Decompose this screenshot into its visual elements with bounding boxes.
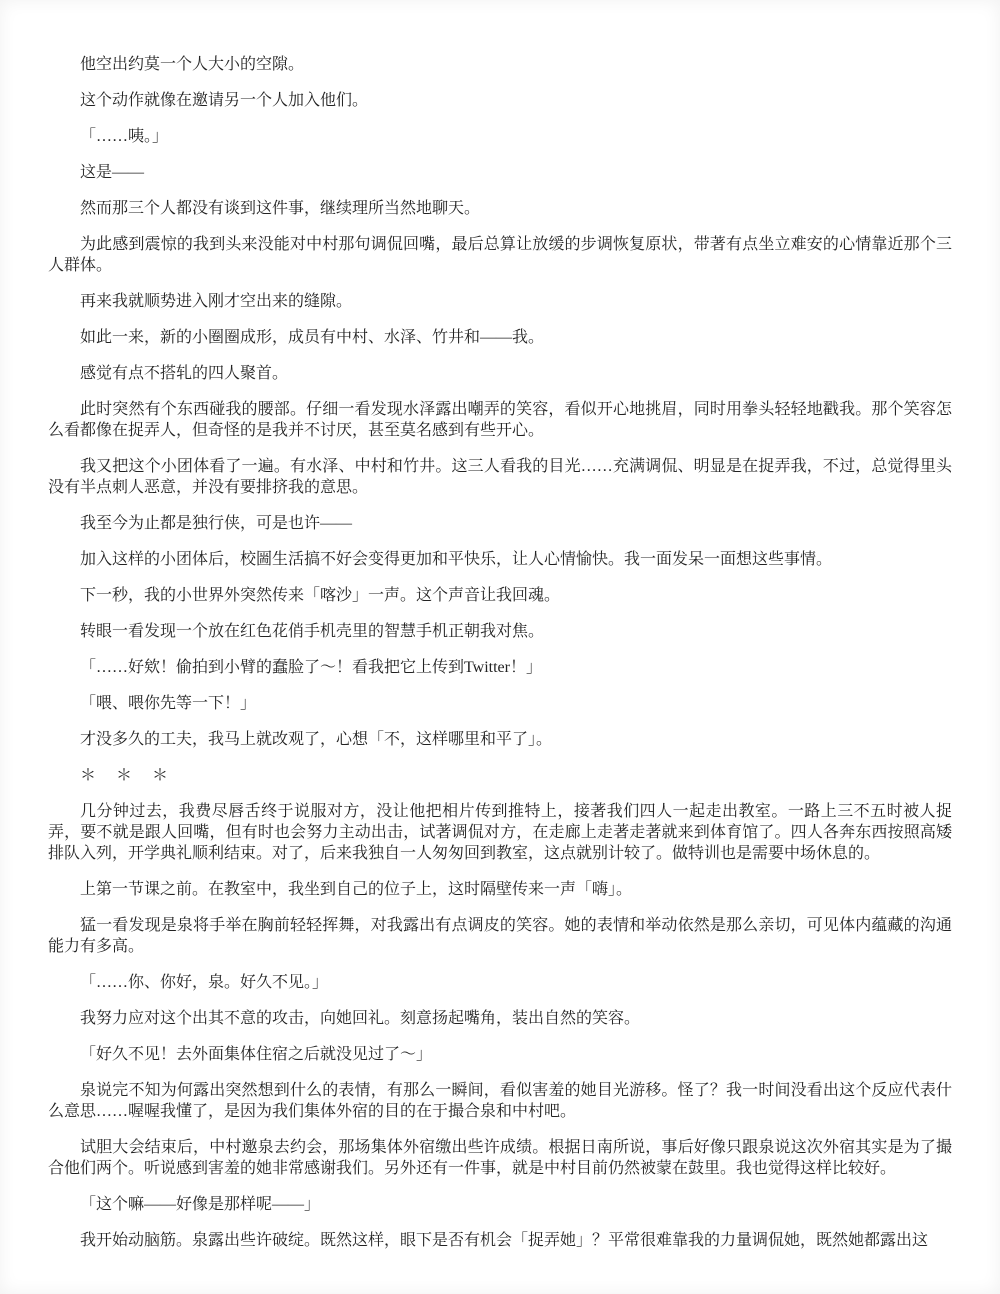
dialogue-line: 「好久不见！去外面集体住宿之后就没见过了～」 — [48, 1044, 952, 1065]
paragraph: 几分钟过去，我费尽唇舌终于说服对方，没让他把相片传到推特上，接著我们四人一起走出… — [48, 801, 952, 864]
dialogue-line: 「这个嘛——好像是那样呢——」 — [48, 1194, 952, 1215]
paragraph: 转眼一看发现一个放在红色花俏手机壳里的智慧手机正朝我对焦。 — [48, 621, 952, 642]
paragraph: 他空出约莫一个人大小的空隙。 — [48, 54, 952, 75]
section-separator: ＊ ＊ ＊ — [48, 765, 952, 786]
paragraph: 感觉有点不搭轧的四人聚首。 — [48, 363, 952, 384]
dialogue-line: 「……你、你好，泉。好久不见。」 — [48, 972, 952, 993]
paragraph: 为此感到震惊的我到头来没能对中村那句调侃回嘴，最后总算让放缓的步调恢复原状，带著… — [48, 234, 952, 276]
paragraph: 加入这样的小团体后，校圌生活搞不好会变得更加和平快乐，让人心情愉快。我一面发呆一… — [48, 549, 952, 570]
novel-page: 他空出约莫一个人大小的空隙。这个动作就像在邀请另一个人加入他们。「……咦。」这是… — [0, 0, 1000, 1294]
paragraph: 这是—— — [48, 162, 952, 183]
paragraph: 下一秒，我的小世界外突然传来「喀沙」一声。这个声音让我回魂。 — [48, 585, 952, 606]
paragraph: 泉说完不知为何露出突然想到什么的表情，有那么一瞬间，看似害羞的她目光游移。怪了？… — [48, 1080, 952, 1122]
text-content: 他空出约莫一个人大小的空隙。这个动作就像在邀请另一个人加入他们。「……咦。」这是… — [0, 0, 1000, 1251]
paragraph: 如此一来，新的小圈圈成形，成员有中村、水泽、竹井和——我。 — [48, 327, 952, 348]
paragraph: 我又把这个小团体看了一遍。有水泽、中村和竹井。这三人看我的目光……充满调侃、明显… — [48, 456, 952, 498]
paragraph: 再来我就顺势进入刚才空出来的缝隙。 — [48, 291, 952, 312]
paragraph: 这个动作就像在邀请另一个人加入他们。 — [48, 90, 952, 111]
dialogue-line: 「……咦。」 — [48, 126, 952, 147]
paragraph: 我努力应对这个出其不意的攻击，向她回礼。刻意扬起嘴角，装出自然的笑容。 — [48, 1008, 952, 1029]
paragraph: 上第一节课之前。在教室中，我坐到自己的位子上，这时隔壁传来一声「嗨」。 — [48, 879, 952, 900]
paragraph: 才没多久的工夫，我马上就改观了，心想「不，这样哪里和平了」。 — [48, 729, 952, 750]
paragraph: 然而那三个人都没有谈到这件事，继续理所当然地聊天。 — [48, 198, 952, 219]
paragraph: 试胆大会结束后，中村邀泉去约会，那场集体外宿缴出些许成绩。根据日南所说，事后好像… — [48, 1137, 952, 1179]
dialogue-line: 「喂、喂你先等一下！」 — [48, 693, 952, 714]
paragraph: 此时突然有个东西碰我的腰部。仔细一看发现水泽露出嘲弄的笑容，看似开心地挑眉，同时… — [48, 399, 952, 441]
paragraph: 我开始动脑筋。泉露出些许破绽。既然这样，眼下是否有机会「捉弄她」？平常很难靠我的… — [48, 1230, 952, 1251]
paragraph: 我至今为止都是独行侠，可是也许—— — [48, 513, 952, 534]
paragraph: 猛一看发现是泉将手举在胸前轻轻挥舞，对我露出有点调皮的笑容。她的表情和举动依然是… — [48, 915, 952, 957]
dialogue-line: 「……好欸！偷拍到小臂的蠢脸了～！看我把它上传到Twitter！」 — [48, 657, 952, 678]
